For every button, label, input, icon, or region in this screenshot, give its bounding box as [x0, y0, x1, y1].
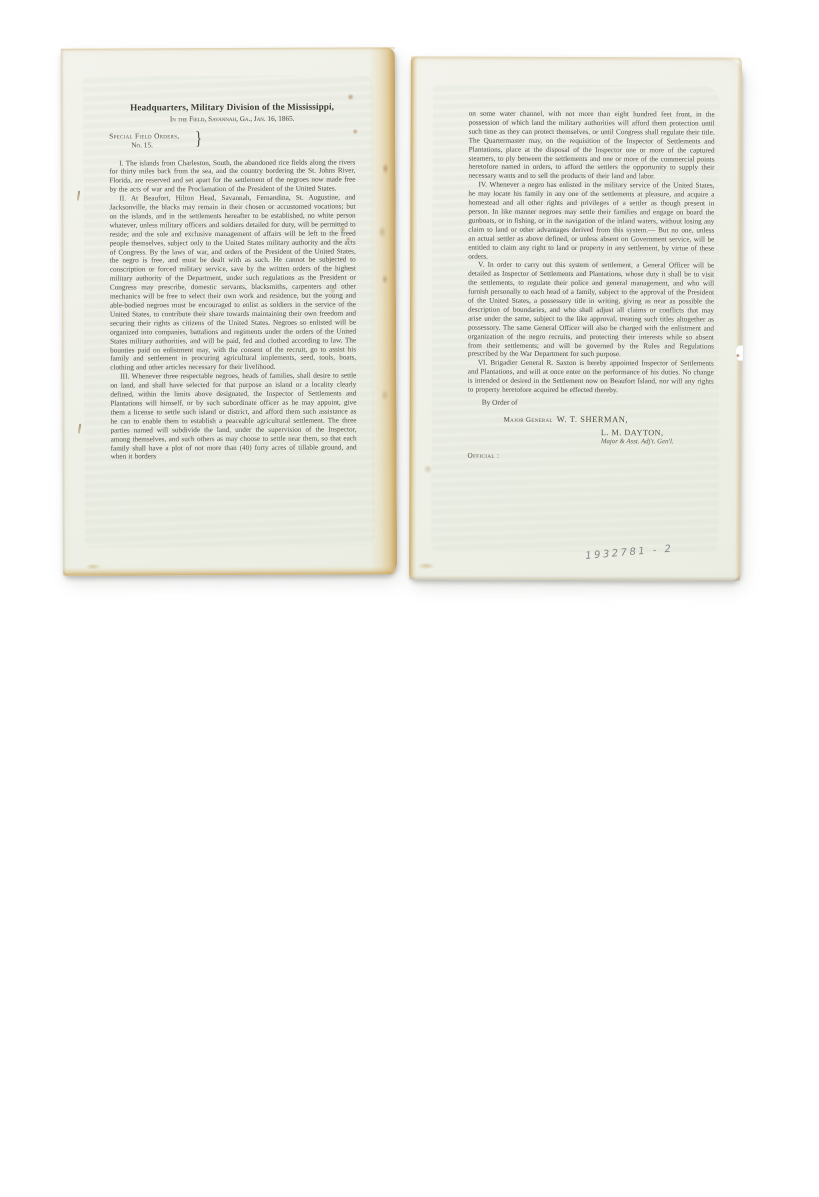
foxing-spot: [736, 354, 740, 358]
page-fore-edge: [369, 47, 397, 574]
page-2-text-block: on some water channel, with not more tha…: [468, 110, 715, 461]
page-1-text-block: Headquarters, Military Division of the M…: [109, 101, 357, 461]
orders-number-block: Special Field Orders, No. 15. }: [109, 130, 355, 150]
page-spine-edge: [409, 56, 418, 579]
staple-hole: [78, 424, 81, 434]
paragraph-III-continued: on some water channel, with not more tha…: [468, 110, 714, 182]
age-stain: [417, 562, 435, 569]
official-label: Official :: [468, 452, 714, 461]
brace-glyph: }: [195, 126, 202, 152]
paragraph-VI: VI. Brigadier General R. Saxton is hereb…: [468, 359, 714, 395]
signature-rank: Major General: [504, 416, 553, 424]
by-order-line: By Order of: [468, 398, 714, 408]
paragraph-V: V. In order to carry out this system of …: [468, 261, 714, 360]
page-bottom-edge: [63, 566, 397, 575]
paragraph-III: III. Whenever three respectable negroes,…: [110, 372, 356, 462]
paragraph-IV: IV. Whenever a negro has enlisted in the…: [468, 181, 714, 262]
foxing-spot: [347, 93, 354, 100]
staple-hole: [77, 191, 80, 201]
pencil-inventory-number: 1932781 - 2: [585, 544, 674, 562]
sherman-signature-line: Major General W. T. SHERMAN,: [468, 409, 714, 428]
page-1-body: I. The islands from Charleston, South, t…: [109, 158, 356, 462]
paragraph-I: I. The islands from Charleston, South, t…: [109, 158, 355, 195]
scan-background: Headquarters, Military Division of the M…: [0, 0, 819, 1197]
age-stain: [85, 564, 101, 570]
paragraph-II: II. At Beaufort, Hilton Head, Savannah, …: [109, 194, 356, 373]
orders-number: No. 15.: [109, 139, 355, 149]
page-top-edge: [411, 56, 742, 61]
document-heading: Headquarters, Military Division of the M…: [109, 101, 355, 113]
page-2-body: on some water channel, with not more tha…: [468, 110, 715, 396]
adjutant-title: Major & Asst. Adj't. Gen'l.: [468, 438, 714, 446]
foxing-spot: [423, 464, 432, 473]
signature-name: W. T. SHERMAN,: [557, 415, 628, 424]
page-fore-edge: [735, 58, 742, 581]
page-spine-edge: [61, 49, 66, 576]
adjutant-name: L. M. DAYTON,: [468, 428, 714, 438]
document-page-2: on some water channel, with not more tha…: [409, 56, 742, 580]
document-page-1: Headquarters, Military Division of the M…: [61, 47, 397, 575]
document-dateline: In the Field, Savannah, Ga., Jan. 16, 18…: [109, 114, 355, 124]
page-top-edge: [61, 47, 395, 51]
page-bottom-edge: [409, 575, 740, 580]
